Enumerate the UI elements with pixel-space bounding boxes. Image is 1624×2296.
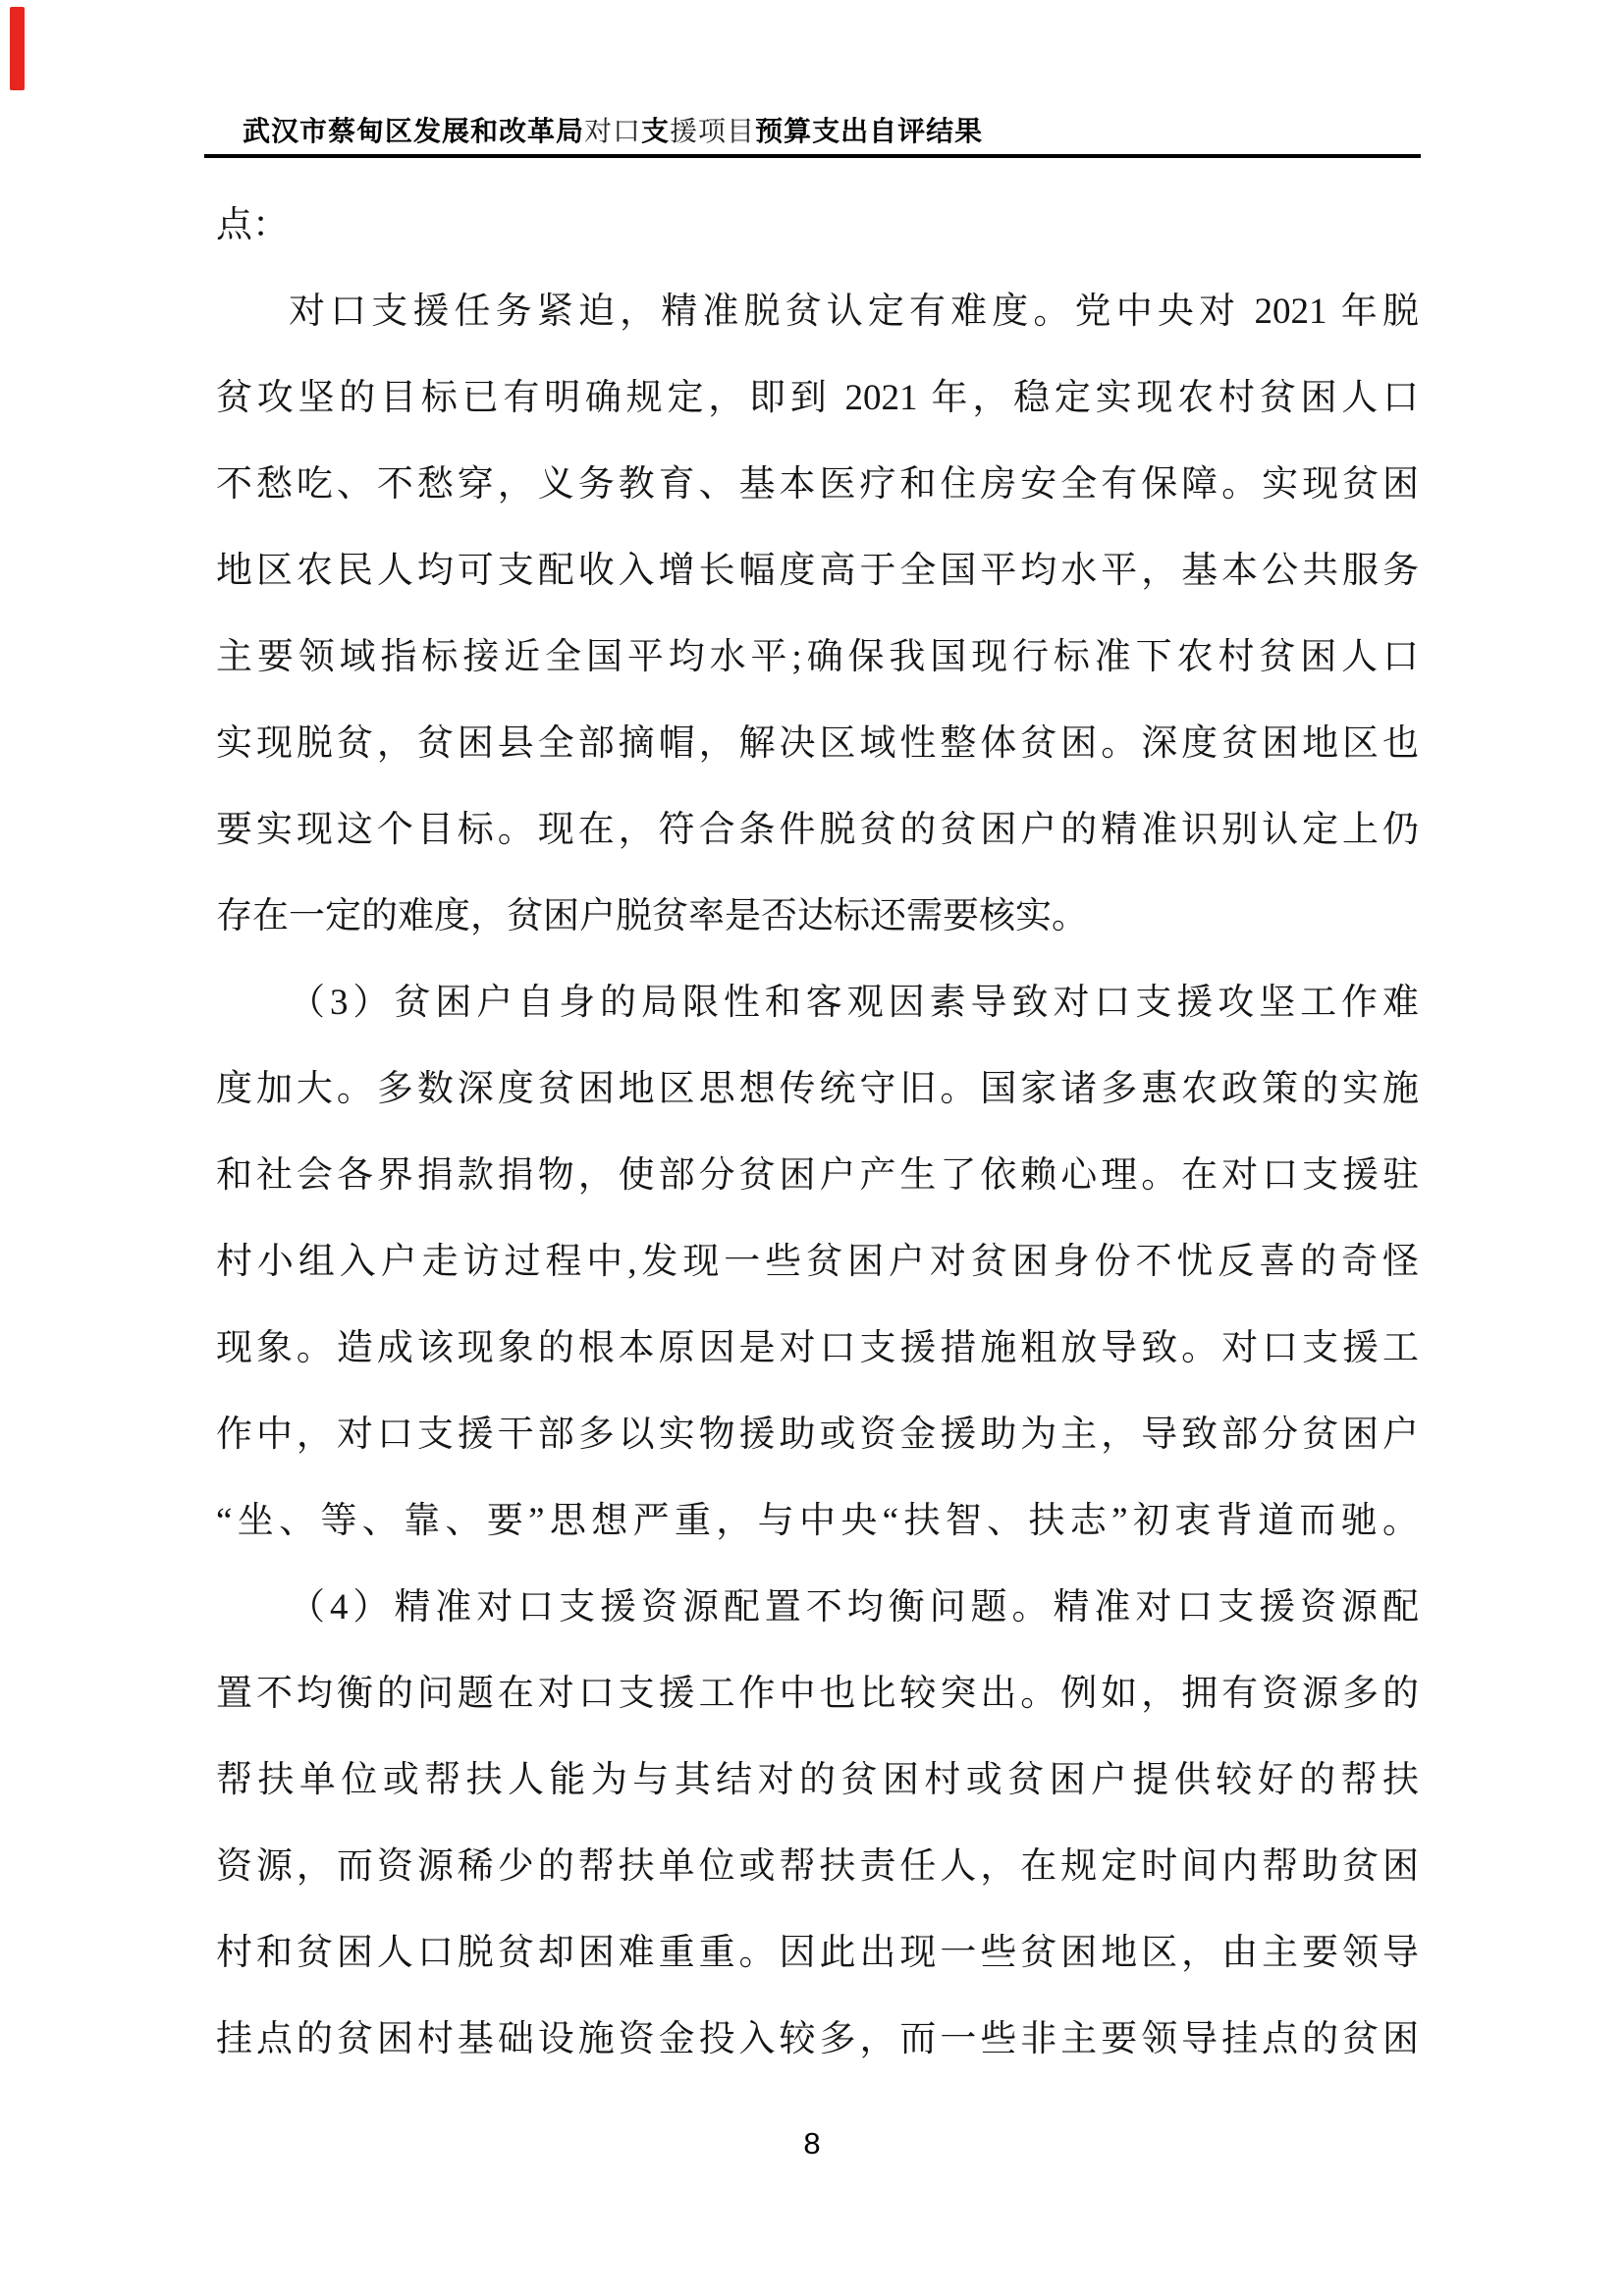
- body-line: 点：: [216, 183, 1419, 269]
- body-line: 存在一定的难度，贫困户脱贫率是否达标还需要核实。: [216, 874, 1419, 960]
- body-line: 资源，而资源稀少的帮扶单位或帮扶责任人，在规定时间内帮助贫困: [216, 1824, 1419, 1910]
- body-line: 现象。造成该现象的根本原因是对口支援措施粗放导致。对口支援工: [216, 1306, 1419, 1392]
- body-line: 作中，对口支援干部多以实物援助或资金援助为主，导致部分贫困户: [216, 1392, 1419, 1478]
- body-line: 实现脱贫，贫困县全部摘帽，解决区域性整体贫困。深度贫困地区也: [216, 701, 1419, 787]
- page-footer: 8: [0, 2126, 1624, 2162]
- body-line: “坐、等、靠、要”思想严重，与中央“扶智、扶志”初衷背道而驰。: [216, 1478, 1419, 1565]
- red-corner-mark: [10, 7, 25, 90]
- body-line: （3）贫困户自身的局限性和客观因素导致对口支援攻坚工作难: [216, 960, 1419, 1046]
- header-title-segment: 武汉市蔡甸区发展和改革局: [243, 116, 584, 146]
- body-line: 不愁吃、不愁穿，义务教育、基本医疗和住房安全有保障。实现贫困: [216, 442, 1419, 528]
- body-line: 主要领域指标接近全国平均水平;确保我国现行标准下农村贫困人口: [216, 614, 1419, 701]
- body-line: 帮扶单位或帮扶人能为与其结对的贫困村或贫困户提供较好的帮扶: [216, 1737, 1419, 1824]
- header-title-segment: 对口: [584, 116, 641, 146]
- header-title-segment: 预算支出自评结果: [755, 116, 983, 146]
- header-title: 武汉市蔡甸区发展和改革局对口支援项目预算支出自评结果: [243, 110, 983, 153]
- body-line: 村小组入户走访过程中,发现一些贫困户对贫困身份不忧反喜的奇怪: [216, 1219, 1419, 1306]
- body-line: 和社会各界捐款捐物，使部分贫困户产生了依赖心理。在对口支援驻: [216, 1133, 1419, 1219]
- header-title-segment: 援项目: [670, 116, 755, 146]
- document-page: 武汉市蔡甸区发展和改革局对口支援项目预算支出自评结果 点：对口支援任务紧迫，精准…: [0, 0, 1624, 2296]
- header-title-segment: 支: [641, 116, 670, 146]
- body-line: 挂点的贫困村基础设施资金投入较多，而一些非主要领导挂点的贫困: [216, 1997, 1419, 2083]
- body-line: （4）精准对口支援资源配置不均衡问题。精准对口支援资源配: [216, 1565, 1419, 1651]
- body-line: 地区农民人均可支配收入增长幅度高于全国平均水平，基本公共服务: [216, 528, 1419, 614]
- body-line: 贫攻坚的目标已有明确规定，即到 2021 年，稳定实现农村贫困人口: [216, 355, 1419, 442]
- page-number: 8: [803, 2126, 820, 2161]
- body-line: 要实现这个目标。现在，符合条件脱贫的贫困户的精准识别认定上仍: [216, 787, 1419, 874]
- body-line: 村和贫困人口脱贫却困难重重。因此出现一些贫困地区，由主要领导: [216, 1910, 1419, 1997]
- document-body: 点：对口支援任务紧迫，精准脱贫认定有难度。党中央对 2021 年脱贫攻坚的目标已…: [216, 183, 1419, 2083]
- header-rule: [204, 154, 1421, 158]
- body-line: 度加大。多数深度贫困地区思想传统守旧。国家诸多惠农政策的实施: [216, 1046, 1419, 1133]
- body-line: 置不均衡的问题在对口支援工作中也比较突出。例如，拥有资源多的: [216, 1651, 1419, 1737]
- body-line: 对口支援任务紧迫，精准脱贫认定有难度。党中央对 2021 年脱: [216, 269, 1419, 355]
